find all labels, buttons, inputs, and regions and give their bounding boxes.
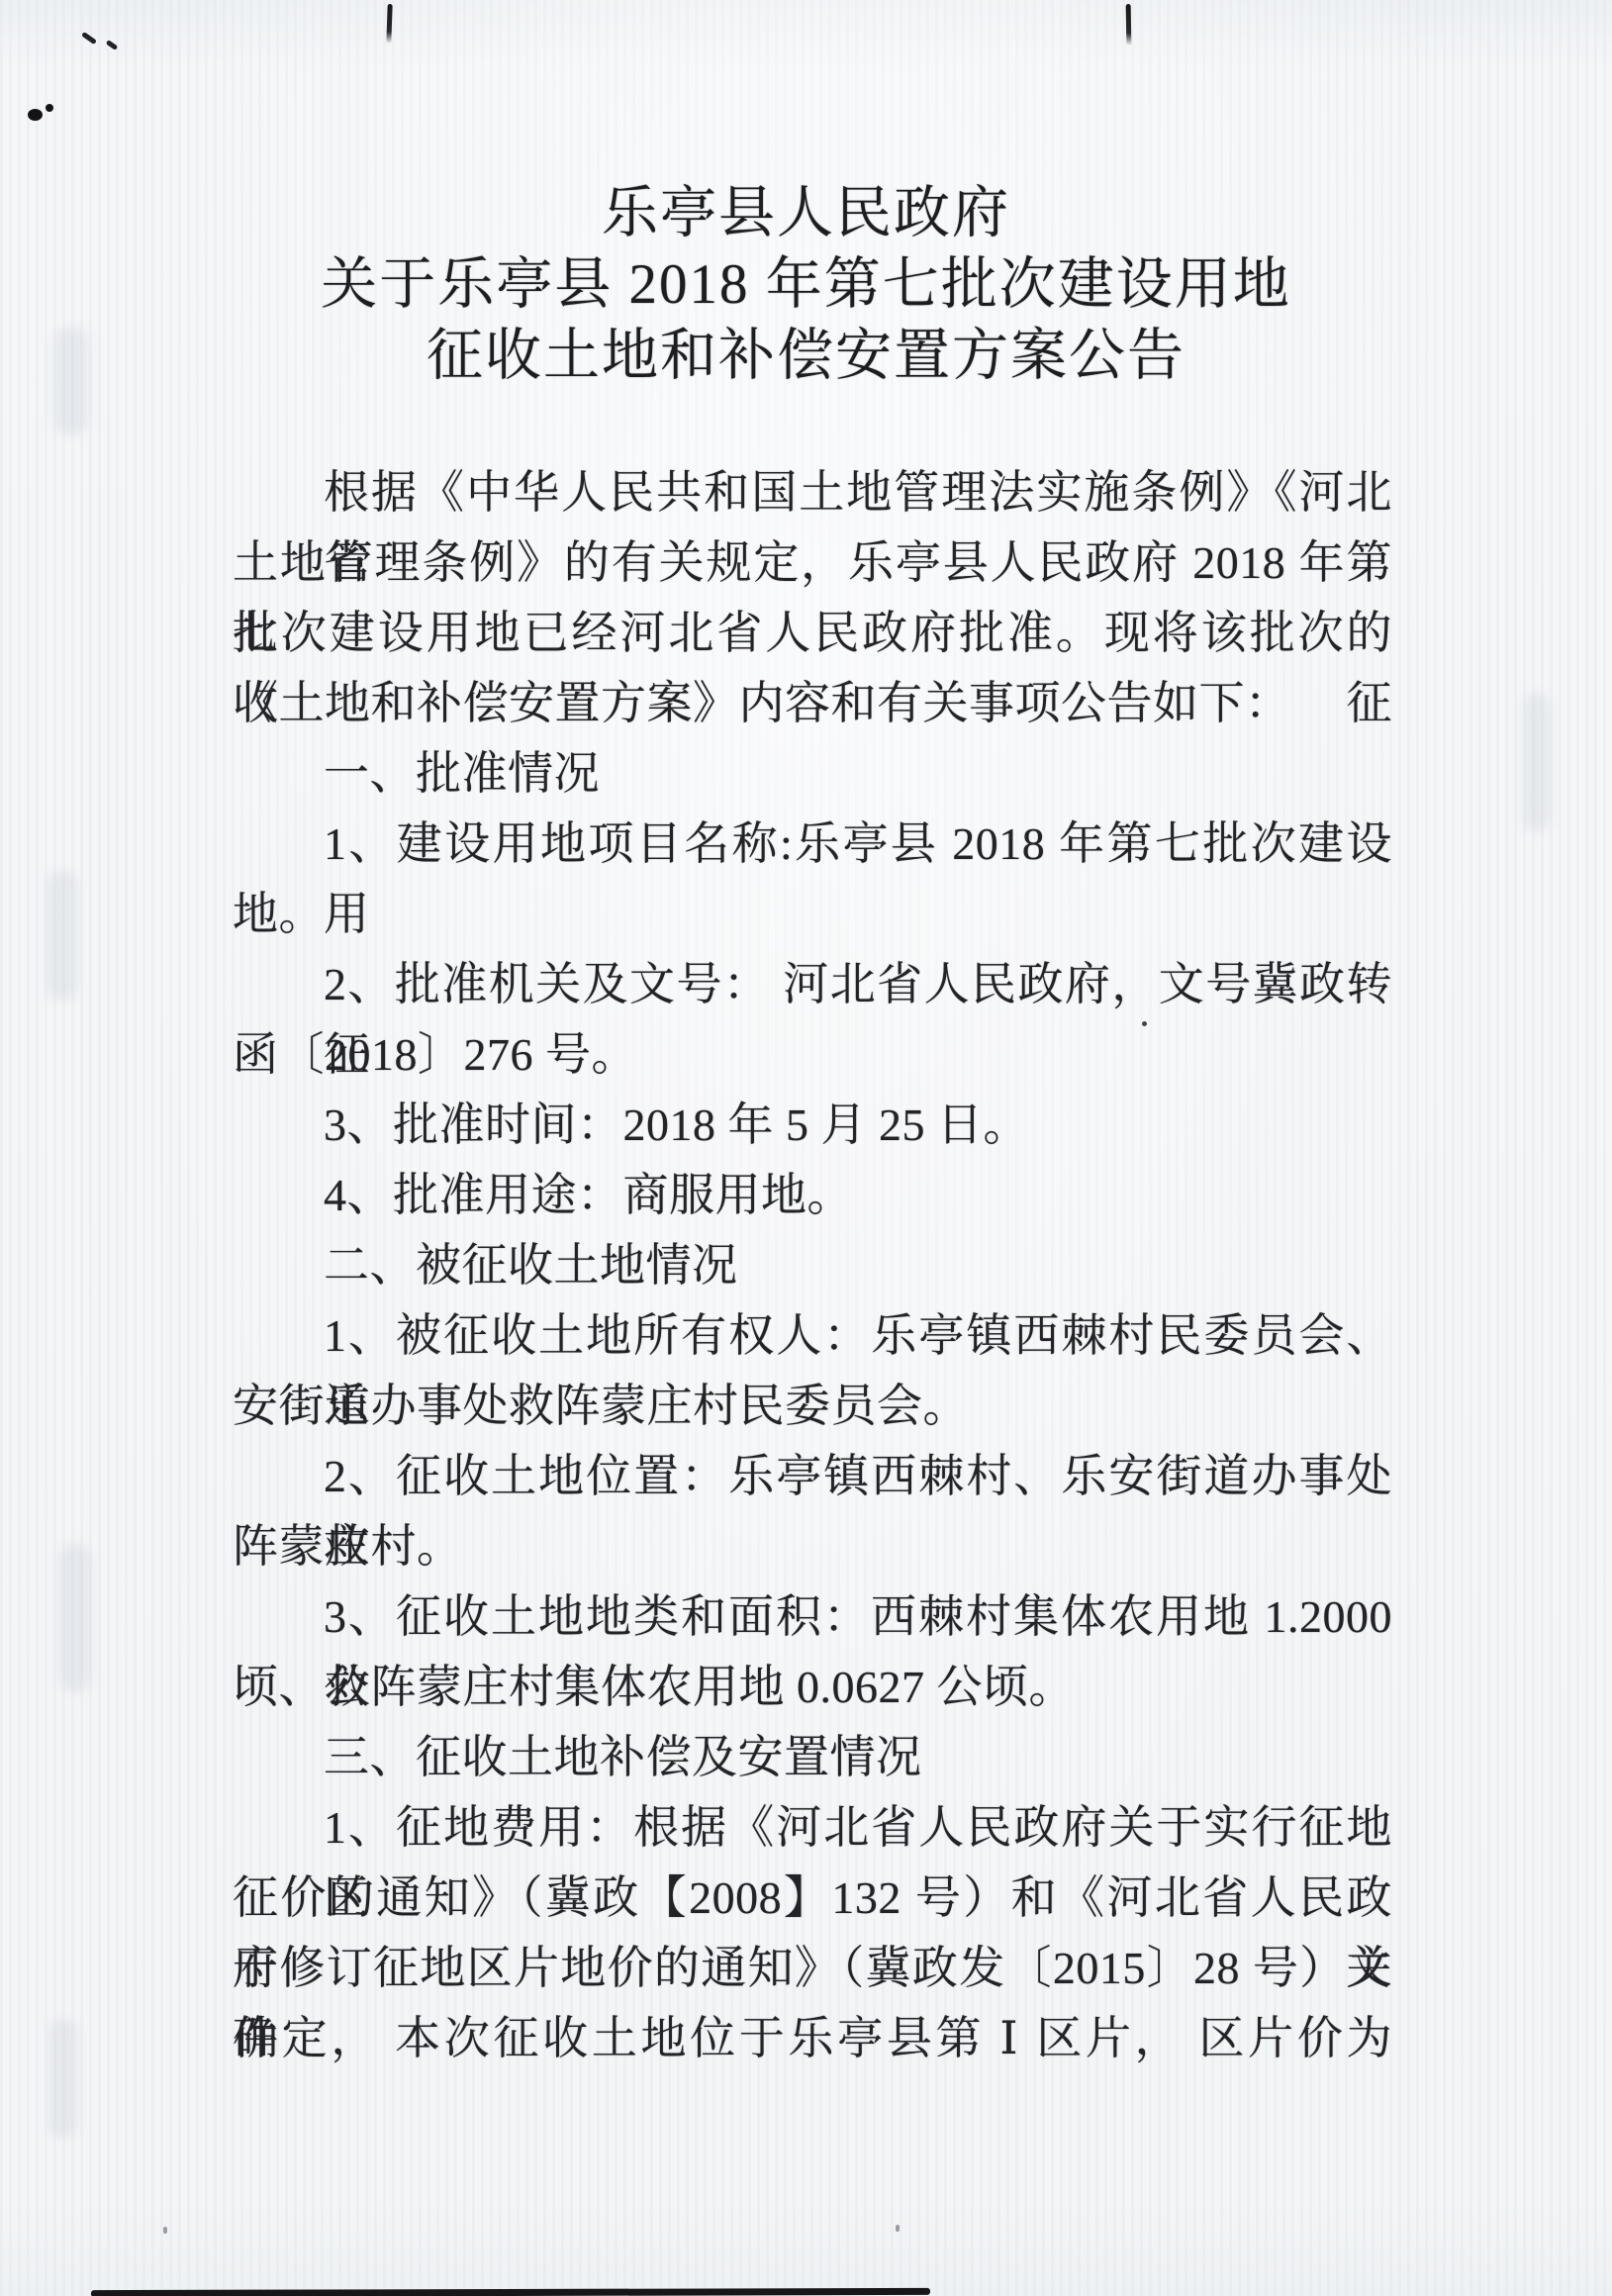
body-line: 2、征收土地位置：乐亭镇西棘村、乐安街道办事处救 [233,1441,1392,1511]
body-line: 根据《中华人民共和国土地管理法实施条例》《河北省 [233,457,1392,527]
body-line: 1、建设用地项目名称:乐亭县 2018 年第七批次建设用 [233,809,1392,879]
pen-mark [106,40,119,50]
ink-speck [896,2225,900,2232]
body-line: 批次建设用地已经河北省人民政府批准。现将该批次的《征 [233,598,1392,668]
body-line: 地。 [233,879,1392,949]
title-line-1: 乐亭县人民政府 [0,178,1612,249]
body-line: 安街道办事处救阵蒙庄村民委员会。 [233,1371,1392,1441]
body-line: 4、批准用途：商服用地。 [233,1160,1392,1230]
body-line: 确定， 本次征收土地位于乐亭县第 Ⅰ 区片， 区片价为 [233,2003,1392,2073]
ink-speck [163,2227,167,2234]
document-title: 乐亭县人民政府 关于乐亭县 2018 年第七批次建设用地 征收土地和补偿安置方案… [0,178,1612,392]
body-line: 3、批准时间：2018 年 5 月 25 日。 [233,1090,1392,1160]
body-lines: 根据《中华人民共和国土地管理法实施条例》《河北省土地管理条例》的有关规定，乐亭县… [233,457,1392,2073]
body-line: 土地管理条例》的有关规定，乐亭县人民政府 2018 年第七 [233,527,1392,598]
ink-blot [46,104,53,112]
body-line: 一、批准情况 [233,738,1392,809]
title-line-3: 征收土地和补偿安置方案公告 [0,321,1612,392]
scan-bottom-edge [91,2288,930,2296]
body-line: 收土地和补偿安置方案》内容和有关事项公告如下： [233,668,1392,738]
body-line: 三、征收土地补偿及安置情况 [233,1722,1392,1792]
scan-fold-tick [1126,4,1132,46]
scanned-document-page: 乐亭县人民政府 关于乐亭县 2018 年第七批次建设用地 征收土地和补偿安置方案… [0,0,1612,2296]
pen-mark [81,32,97,45]
body-line: 于修订征地区片地价的通知》（冀政发〔2015〕28 号）文件 [233,1933,1392,2003]
bleed-through-smudge [59,1544,91,1692]
body-line: 二、被征收土地情况 [233,1230,1392,1300]
bleed-through-smudge [49,2019,77,2138]
bleed-through-smudge [1524,693,1550,831]
body-line: 1、征地费用：根据《河北省人民政府关于实行征地区 [233,1792,1392,1863]
ink-blot [28,109,43,121]
title-line-2: 关于乐亭县 2018 年第七批次建设用地 [0,249,1612,321]
body-line: 3、征收土地地类和面积：西棘村集体农用地 1.2000 公 [233,1581,1392,1652]
bleed-through-smudge [47,871,77,1000]
body-line: 顷、救阵蒙庄村集体农用地 0.0627 公顷。 [233,1652,1392,1722]
body-line: 2、批准机关及文号： 河北省人民政府，文号冀政转征 [233,949,1392,1019]
body-line: 函〔2018〕276 号。 [233,1019,1392,1090]
body-line: 阵蒙庄村。 [233,1511,1392,1581]
scan-fold-tick [386,4,392,44]
body-line: 征价的通知》（冀政【2008】132 号）和《河北省人民政府关 [233,1863,1392,1933]
body-line: 1、被征收土地所有权人：乐亭镇西棘村民委员会、乐 [233,1300,1392,1371]
